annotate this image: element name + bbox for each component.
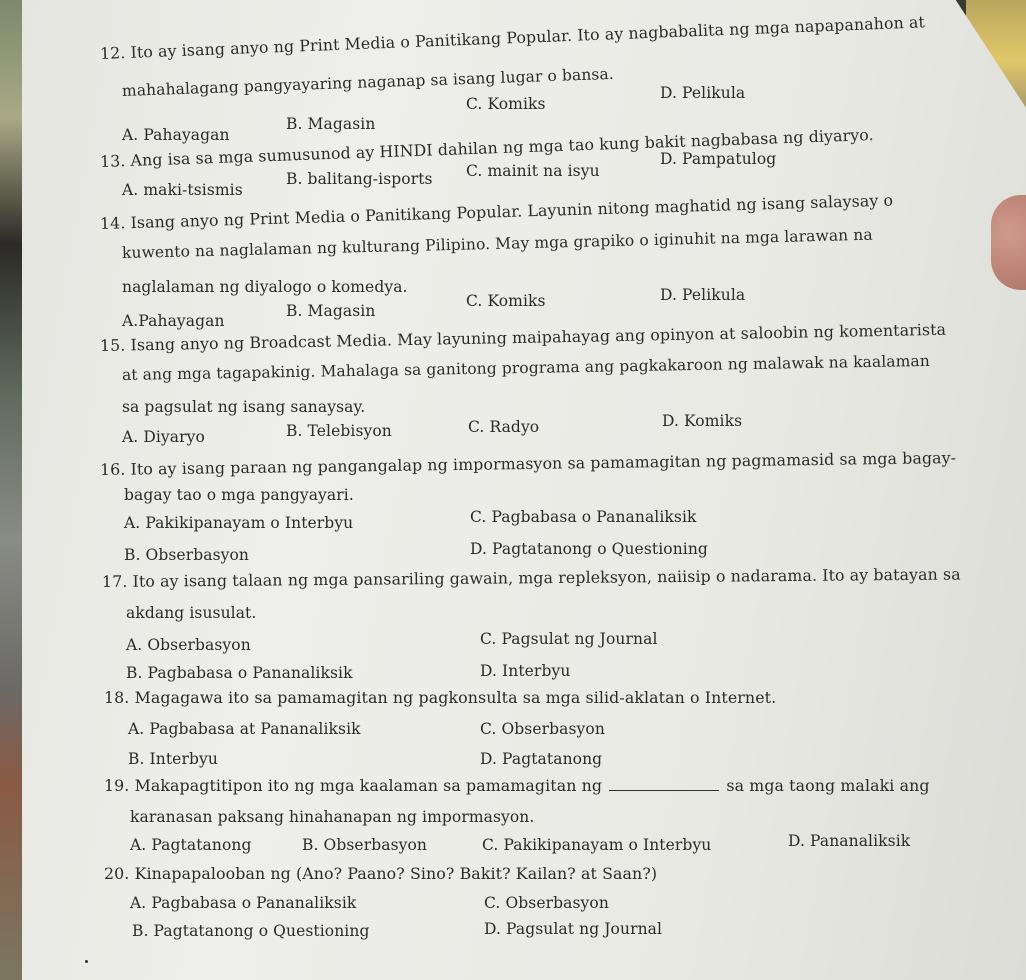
question-text: Magagawa ito sa pamamagitan ng pagkonsul… xyxy=(135,688,777,707)
question-text: sa pagsulat ng isang sanaysay. xyxy=(122,398,365,416)
choice-d[interactable]: D. Pagtatanong o Questioning xyxy=(470,540,708,558)
choice-a[interactable]: A. Pahayagan xyxy=(122,126,230,144)
choice-b[interactable]: B. balitang-isports xyxy=(286,170,433,188)
question-text: Kinapapalooban ng (Ano? Paano? Sino? Bak… xyxy=(135,864,658,883)
question-number: 19. xyxy=(104,776,129,795)
choice-b[interactable]: B. Interbyu xyxy=(128,750,218,768)
choice-c[interactable]: C. Pagbabasa o Pananaliksik xyxy=(470,508,697,526)
choice-c[interactable]: C. Obserbasyon xyxy=(480,720,605,738)
choice-a[interactable]: A. Pagtatanong xyxy=(130,836,252,854)
choice-b[interactable]: B. Obserbasyon xyxy=(124,546,249,564)
choice-c[interactable]: C. Obserbasyon xyxy=(484,894,609,912)
question-number: 15. xyxy=(100,336,126,355)
choice-b[interactable]: B. Pagbabasa o Pananaliksik xyxy=(126,664,353,682)
question-number: 14. xyxy=(100,213,126,233)
question-number: 17. xyxy=(102,572,128,591)
choice-a[interactable]: A.Pahayagan xyxy=(122,312,225,330)
choice-a[interactable]: A. Obserbasyon xyxy=(126,636,251,654)
choice-c[interactable]: C. Komiks xyxy=(466,292,546,310)
choice-b[interactable]: B. Magasin xyxy=(286,115,375,133)
choice-d[interactable]: D. Pelikula xyxy=(660,286,745,304)
choice-d[interactable]: D. Pagsulat ng Journal xyxy=(484,920,662,938)
choice-c[interactable]: C. Komiks xyxy=(466,95,546,113)
choice-c[interactable]: C. Pakikipanayam o Interbyu xyxy=(482,836,711,854)
question-text: Makapagtitipon ito ng mga kaalaman sa pa… xyxy=(135,776,603,795)
choice-c[interactable]: C. mainit na isyu xyxy=(466,162,600,180)
answer-blank xyxy=(609,778,719,791)
choice-b[interactable]: B. Obserbasyon xyxy=(302,836,427,854)
choice-d[interactable]: D. Pelikula xyxy=(660,84,745,102)
thumb-holding-paper xyxy=(991,195,1026,290)
question-text: sa mga taong malaki ang xyxy=(726,776,929,795)
choice-b[interactable]: B. Telebisyon xyxy=(286,422,392,440)
choice-c[interactable]: C. Pagsulat ng Journal xyxy=(480,630,658,648)
choice-a[interactable]: A. Pagbabasa o Pananaliksik xyxy=(130,894,356,912)
choice-d[interactable]: D. Interbyu xyxy=(480,662,570,680)
choice-a[interactable]: A. Pakikipanayam o Interbyu xyxy=(124,514,353,532)
choice-b[interactable]: B. Pagtatanong o Questioning xyxy=(132,922,369,940)
choice-b[interactable]: B. Magasin xyxy=(286,302,375,320)
question-text: naglalaman ng diyalogo o komedya. xyxy=(122,278,408,296)
question-number: 16. xyxy=(100,460,126,479)
choice-a[interactable]: A. maki-tsismis xyxy=(122,181,243,199)
question-text: karanasan paksang hinahanapan ng imporma… xyxy=(130,808,534,826)
choice-d[interactable]: D. Komiks xyxy=(662,412,742,430)
choice-d[interactable]: D. Pananaliksik xyxy=(788,832,910,850)
question-number: 18. xyxy=(104,688,129,707)
paper-speck xyxy=(85,960,88,963)
question-text: akdang isusulat. xyxy=(126,604,256,622)
choice-d[interactable]: D. Pagtatanong xyxy=(480,750,602,768)
question-number: 13. xyxy=(100,151,126,171)
question-text: bagay tao o mga pangyayari. xyxy=(124,486,354,504)
question-number: 12. xyxy=(100,43,126,63)
choice-a[interactable]: A. Pagbabasa at Pananaliksik xyxy=(128,720,361,738)
choice-a[interactable]: A. Diyaryo xyxy=(122,428,205,446)
choice-c[interactable]: C. Radyo xyxy=(468,418,539,436)
question-number: 20. xyxy=(104,864,129,883)
choice-d[interactable]: D. Pampatulog xyxy=(660,150,776,168)
